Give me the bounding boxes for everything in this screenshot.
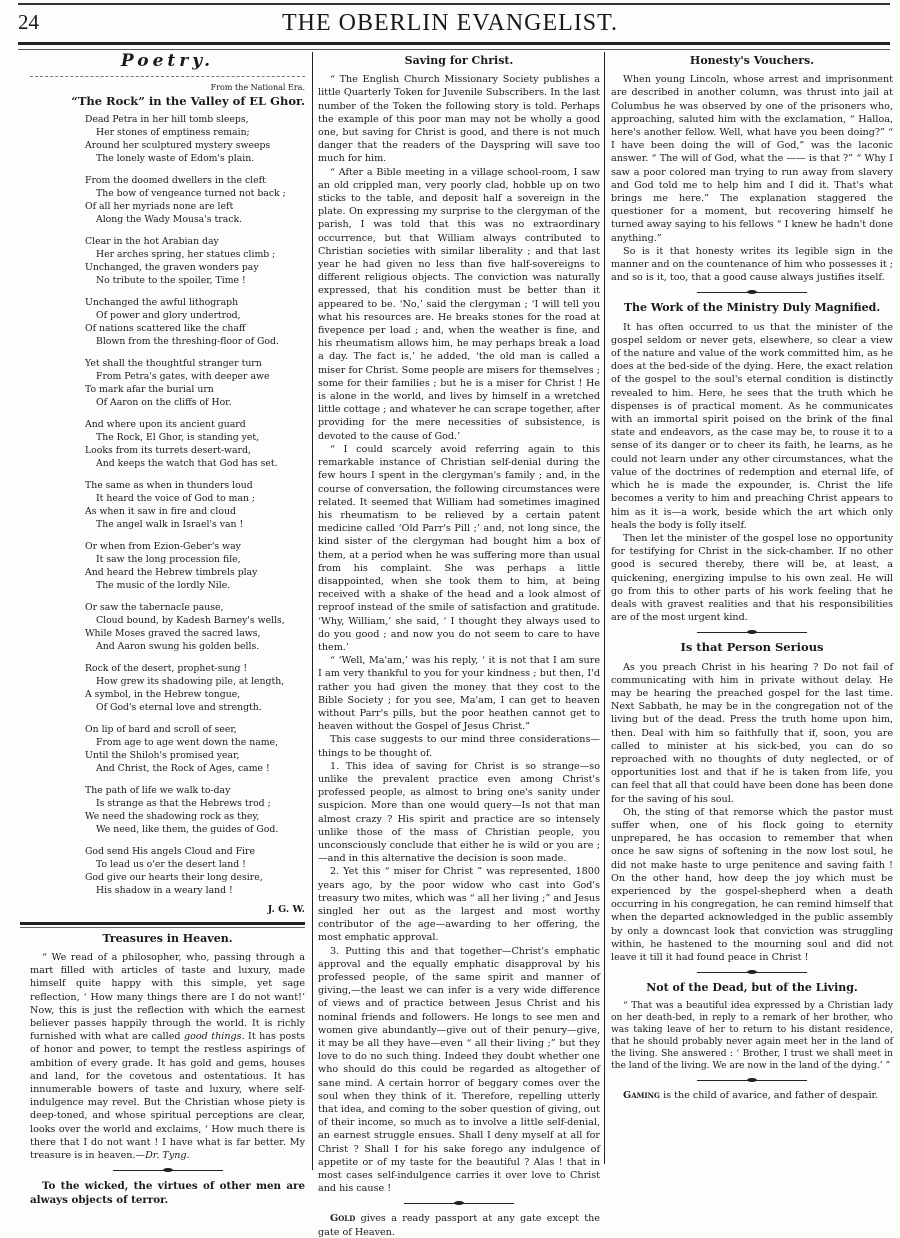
poem-line: Cloud bound, by Kadesh Barney's wells, [85, 614, 305, 627]
poem-line: We need the shadowing rock as they, [85, 810, 305, 823]
serious-body: As you preach Christ in his hearing ? Do… [611, 661, 893, 965]
poem-line: Or when from Ezion-Geber's way [85, 540, 305, 553]
poem-line: God give our hearts their long desire, [85, 871, 305, 884]
poem-line: Of God's eternal love and strength. [85, 701, 305, 714]
paragraph: 3. Putting this and that together—Christ… [318, 945, 600, 1196]
poem-line: The Rock, El Ghor, is standing yet, [85, 431, 305, 444]
poem-line: From the doomed dwellers in the cleft [85, 174, 305, 187]
poem-line: We need, like them, the guides of God. [85, 823, 305, 836]
poem-line: From age to age went down the name, [85, 736, 305, 749]
honesty-body: When young Lincoln, whose arrest and imp… [611, 73, 893, 284]
poem-line: The angel walk in Israel's van ! [85, 518, 305, 531]
aphorism-gaming: Gaming is the child of avarice, and fath… [611, 1089, 893, 1102]
poem-title: “The Rock” in the Valley of EL Ghor. [30, 95, 305, 108]
living-title: Not of the Dead, but of the Living. [611, 981, 893, 994]
stanza: And where upon its ancient guardThe Rock… [85, 418, 305, 470]
poem-line: From Petra's gates, with deeper awe [85, 370, 305, 383]
poem-credit: From the National Era. [30, 81, 305, 94]
aphorism-gold: Gold gives a ready passport at any gate … [318, 1212, 600, 1238]
poem-line: Rock of the desert, prophet-sung ! [85, 662, 305, 675]
saving-body: “ The English Church Missionary Society … [318, 73, 600, 1195]
paragraph: Oh, the sting of that remorse which the … [611, 806, 893, 964]
poetry-heading: Poetry. [30, 55, 305, 68]
stanza: On lip of bard and scroll of seer,From a… [85, 723, 305, 775]
poem-line: And keeps the watch that God has set. [85, 457, 305, 470]
ornament-divider [404, 1203, 514, 1204]
stanza: Rock of the desert, prophet-sung !How gr… [85, 662, 305, 714]
ornament-divider [697, 1080, 807, 1081]
column-1: Poetry. From the National Era. “The Rock… [30, 52, 305, 1207]
stanza: The path of life we walk to-dayIs strang… [85, 784, 305, 836]
poem-line: Is strange as that the Hebrews trod ; [85, 797, 305, 810]
poem-line: It saw the long procession file, [85, 553, 305, 566]
poem-line: Along the Wady Mousa's track. [85, 213, 305, 226]
poem-line: Her stones of emptiness remain; [85, 126, 305, 139]
paragraph: When young Lincoln, whose arrest and imp… [611, 73, 893, 245]
poem-line: Of all her myriads none are left [85, 200, 305, 213]
stanza: The same as when in thunders loudIt hear… [85, 479, 305, 531]
poem-line: Until the Shiloh's promised year, [85, 749, 305, 762]
poem-line: Of Aaron on the cliffs of Hor. [85, 396, 305, 409]
poem-line: And Christ, the Rock of Ages, came ! [85, 762, 305, 775]
section-rule [20, 922, 305, 928]
stanza: From the doomed dwellers in the cleftThe… [85, 174, 305, 226]
poem-line: A symbol, in the Hebrew tongue, [85, 688, 305, 701]
poem-signature: J. G. W. [30, 903, 305, 916]
poem-line: The lonely waste of Edom's plain. [85, 152, 305, 165]
masthead: THE OBERLIN EVANGELIST. [0, 10, 900, 37]
paragraph: “ After a Bible meeting in a village sch… [318, 166, 600, 443]
treasures-attribution: Dr. Tyng. [145, 1150, 190, 1161]
poem-line: God send His angels Cloud and Fire [85, 845, 305, 858]
paragraph: This case suggests to our mind three con… [318, 733, 600, 759]
stanza: Or when from Ezion-Geber's wayIt saw the… [85, 540, 305, 592]
ornament-divider [697, 632, 807, 633]
stanza: Unchanged the awful lithographOf power a… [85, 296, 305, 348]
poem-line: As when it saw in fire and cloud [85, 505, 305, 518]
serious-title: Is that Person Serious [611, 641, 893, 654]
poem-line: Blown from the threshing-floor of God. [85, 335, 305, 348]
paragraph: “ The English Church Missionary Society … [318, 73, 600, 165]
treasures-title: Treasures in Heaven. [30, 932, 305, 945]
paragraph: It has often occurred to us that the min… [611, 321, 893, 532]
top-rule [18, 3, 890, 7]
poem-line: Of power and glory undertrod, [85, 309, 305, 322]
ornament-divider [697, 292, 807, 293]
poem-line: Or saw the tabernacle pause, [85, 601, 305, 614]
ornament-divider [697, 972, 807, 973]
paragraph: 1. This idea of saving for Christ is so … [318, 760, 600, 866]
poem-line: The bow of vengeance turned not back ; [85, 187, 305, 200]
aphorism-wicked: To the wicked, the virtues of other men … [30, 1179, 305, 1207]
stanza: Clear in the hot Arabian dayHer arches s… [85, 235, 305, 287]
poem-line: And heard the Hebrew timbrels play [85, 566, 305, 579]
stanza: Or saw the tabernacle pause,Cloud bound,… [85, 601, 305, 653]
poem-line: No tribute to the spoiler, Time ! [85, 274, 305, 287]
column-divider [604, 52, 605, 1164]
column-divider [312, 52, 313, 1170]
ministry-body: It has often occurred to us that the min… [611, 321, 893, 625]
stanza: Dead Petra in her hill tomb sleeps,Her s… [85, 113, 305, 165]
poem-line: Looks from its turrets desert-ward, [85, 444, 305, 457]
poem-line: And Aaron swung his golden bells. [85, 640, 305, 653]
paragraph: “ ‘Well, Ma'am,’ was his reply, ‘ it is … [318, 654, 600, 733]
poem-line: To mark afar the burial urn [85, 383, 305, 396]
poem-line: It heard the voice of God to man ; [85, 492, 305, 505]
paragraph: As you preach Christ in his hearing ? Do… [611, 661, 893, 806]
column-3: Honesty's Vouchers. When young Lincoln, … [611, 52, 893, 1103]
poem-line: And where upon its ancient guard [85, 418, 305, 431]
column-2: Saving for Christ. “ The English Church … [318, 52, 600, 1238]
header-rule [18, 42, 890, 50]
paragraph: So is it that honesty writes its legible… [611, 245, 893, 285]
poem-line: Yet shall the thoughtful stranger turn [85, 357, 305, 370]
poem-line: Around her sculptured mystery sweeps [85, 139, 305, 152]
paragraph: “ I could scarcely avoid referring again… [318, 443, 600, 654]
poem-line: His shadow in a weary land ! [85, 884, 305, 897]
honesty-title: Honesty's Vouchers. [611, 54, 893, 67]
poem-line: How grew its shadowing pile, at length, [85, 675, 305, 688]
poem-line: The music of the lordly Nile. [85, 579, 305, 592]
poem-line: Unchanged the awful lithograph [85, 296, 305, 309]
poem-body: Dead Petra in her hill tomb sleeps,Her s… [30, 113, 305, 897]
poem-line: The path of life we walk to-day [85, 784, 305, 797]
stanza: God send His angels Cloud and FireTo lea… [85, 845, 305, 897]
poem-line: Clear in the hot Arabian day [85, 235, 305, 248]
poem-line: The same as when in thunders loud [85, 479, 305, 492]
poem-line: Unchanged, the graven wonders pay [85, 261, 305, 274]
poem-line: While Moses graved the sacred laws, [85, 627, 305, 640]
poem-line: Her arches spring, her statues climb ; [85, 248, 305, 261]
wavy-rule [30, 70, 305, 77]
treasures-body: “ We read of a philosopher, who, passing… [30, 951, 305, 1162]
paragraph: Then let the minister of the gospel lose… [611, 532, 893, 624]
poem-line: Of nations scattered like the chaff [85, 322, 305, 335]
living-body: “ That was a beautiful idea expressed by… [611, 1000, 893, 1072]
stanza: Yet shall the thoughtful stranger turnFr… [85, 357, 305, 409]
ministry-title: The Work of the Ministry Duly Magnified. [611, 301, 893, 314]
paragraph: 2. Yet this “ miser for Christ ” was rep… [318, 865, 600, 944]
poem-line: Dead Petra in her hill tomb sleeps, [85, 113, 305, 126]
poem-line: To lead us o'er the desert land ! [85, 858, 305, 871]
saving-title: Saving for Christ. [318, 54, 600, 67]
poem-line: On lip of bard and scroll of seer, [85, 723, 305, 736]
ornament-divider [113, 1170, 223, 1171]
